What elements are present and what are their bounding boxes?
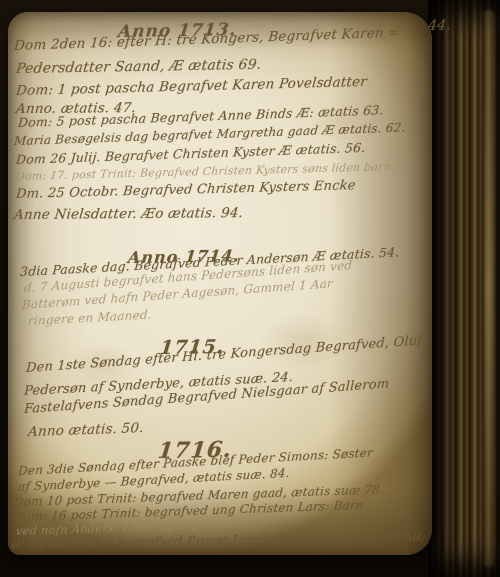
register-entry-line: Anno ætatis. 50. bbox=[27, 420, 144, 440]
register-entry-line: Anne Nielsdatter. Æo ætatis. 94. bbox=[13, 205, 244, 223]
register-entry-line: Dom: 1 post pascha Begrafvet Karen Povel… bbox=[15, 74, 367, 99]
handwriting-layer: Anno 1713. 44. Dom 2den 16: efter H: tre… bbox=[0, 0, 500, 577]
register-entry-line: Pedersdatter Saand, Æ ætatis 69. bbox=[15, 57, 262, 77]
page-number: 44. bbox=[427, 17, 451, 34]
manuscript-photo: Anno 1713. 44. Dom 2den 16: efter H: tre… bbox=[0, 0, 500, 577]
register-entry-line: ringere en Maaned. bbox=[28, 307, 153, 328]
